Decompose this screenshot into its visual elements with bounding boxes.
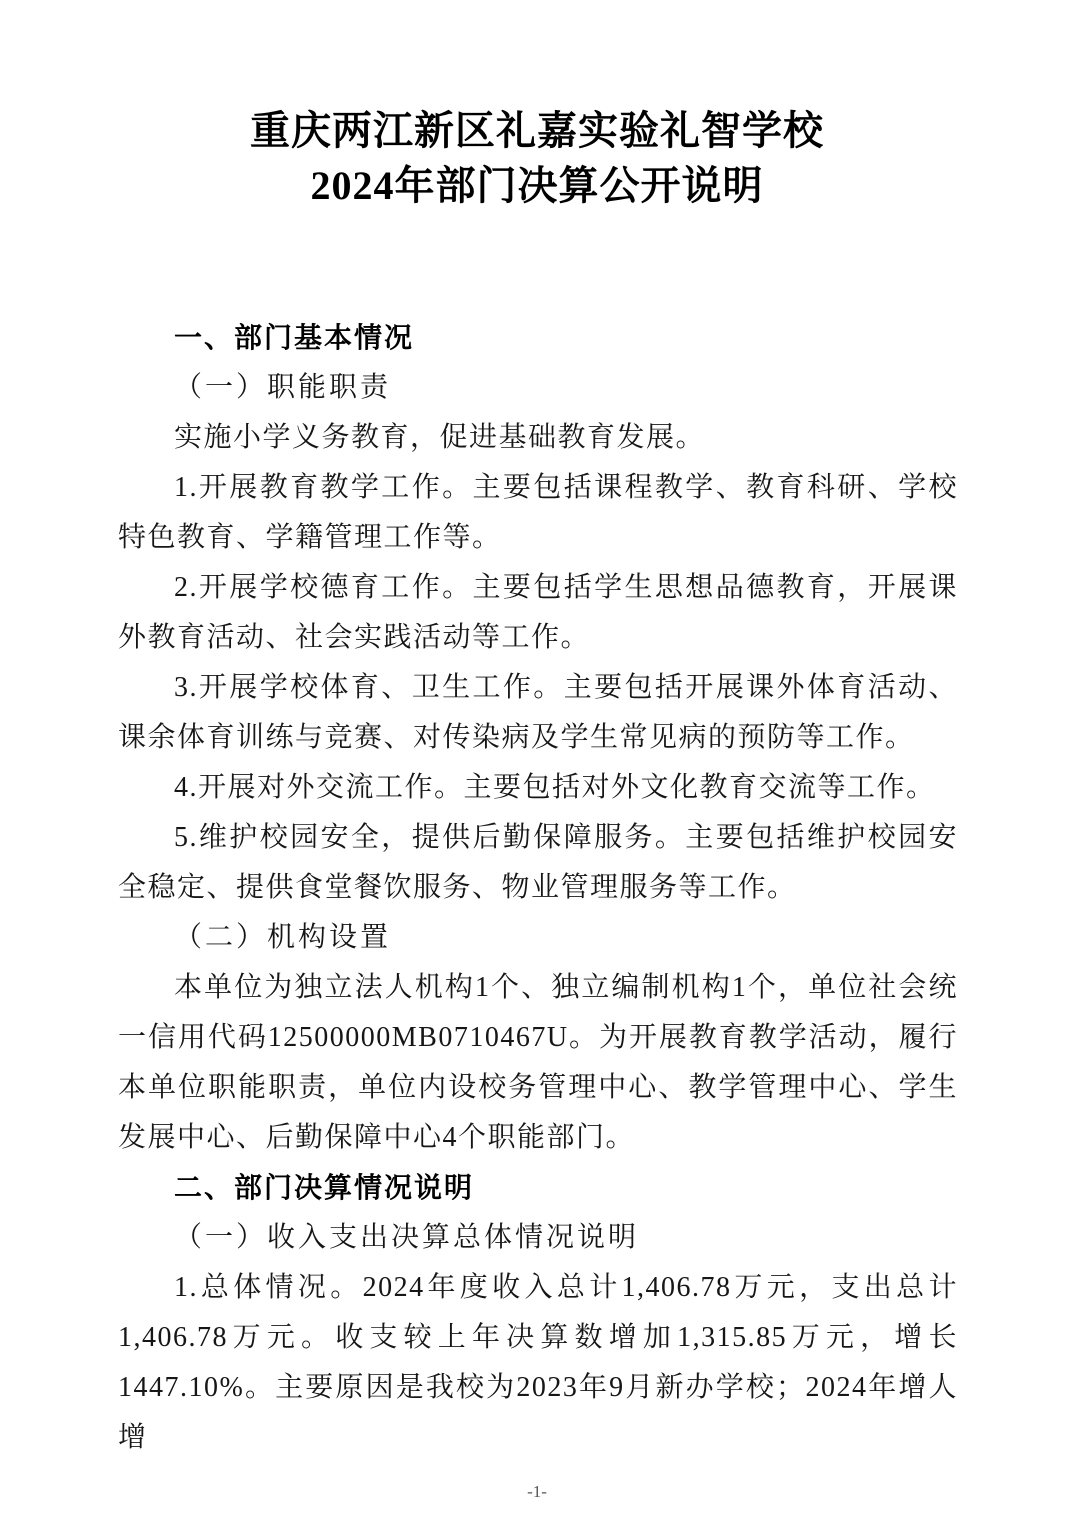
document-page: 重庆两江新区礼嘉实验礼智学校 2024年部门决算公开说明 一、部门基本情况（一）… (0, 0, 1074, 1520)
paragraph: 本单位为独立法人机构1个、独立编制机构1个，单位社会统一信用代码12500000… (118, 963, 958, 1163)
section-heading: 二、部门决算情况说明 (118, 1163, 958, 1213)
paragraph: 4.开展对外交流工作。主要包括对外文化教育交流等工作。 (118, 763, 958, 813)
document-title-line2: 2024年部门决算公开说明 (0, 158, 1074, 213)
paragraph: 1.总体情况。2024年度收入总计1,406.78万元，支出总计1,406.78… (118, 1263, 958, 1463)
paragraph: 3.开展学校体育、卫生工作。主要包括开展课外体育活动、课余体育训练与竞赛、对传染… (118, 663, 958, 763)
subsection-heading: （二）机构设置 (118, 913, 958, 963)
page-footer: -1- (0, 1482, 1074, 1502)
document-title-line1: 重庆两江新区礼嘉实验礼智学校 (0, 103, 1074, 158)
page-number: -1- (527, 1482, 547, 1501)
paragraph: 实施小学义务教育，促进基础教育发展。 (118, 413, 958, 463)
document-body: 一、部门基本情况（一）职能职责实施小学义务教育，促进基础教育发展。1.开展教育教… (118, 313, 958, 1463)
subsection-heading: （一）收入支出决算总体情况说明 (118, 1213, 958, 1263)
paragraph: 5.维护校园安全，提供后勤保障服务。主要包括维护校园安全稳定、提供食堂餐饮服务、… (118, 813, 958, 913)
document-title: 重庆两江新区礼嘉实验礼智学校 2024年部门决算公开说明 (0, 103, 1074, 213)
paragraph: 1.开展教育教学工作。主要包括课程教学、教育科研、学校特色教育、学籍管理工作等。 (118, 463, 958, 563)
section-heading: 一、部门基本情况 (118, 313, 958, 363)
paragraph: 2.开展学校德育工作。主要包括学生思想品德教育，开展课外教育活动、社会实践活动等… (118, 563, 958, 663)
subsection-heading: （一）职能职责 (118, 363, 958, 413)
